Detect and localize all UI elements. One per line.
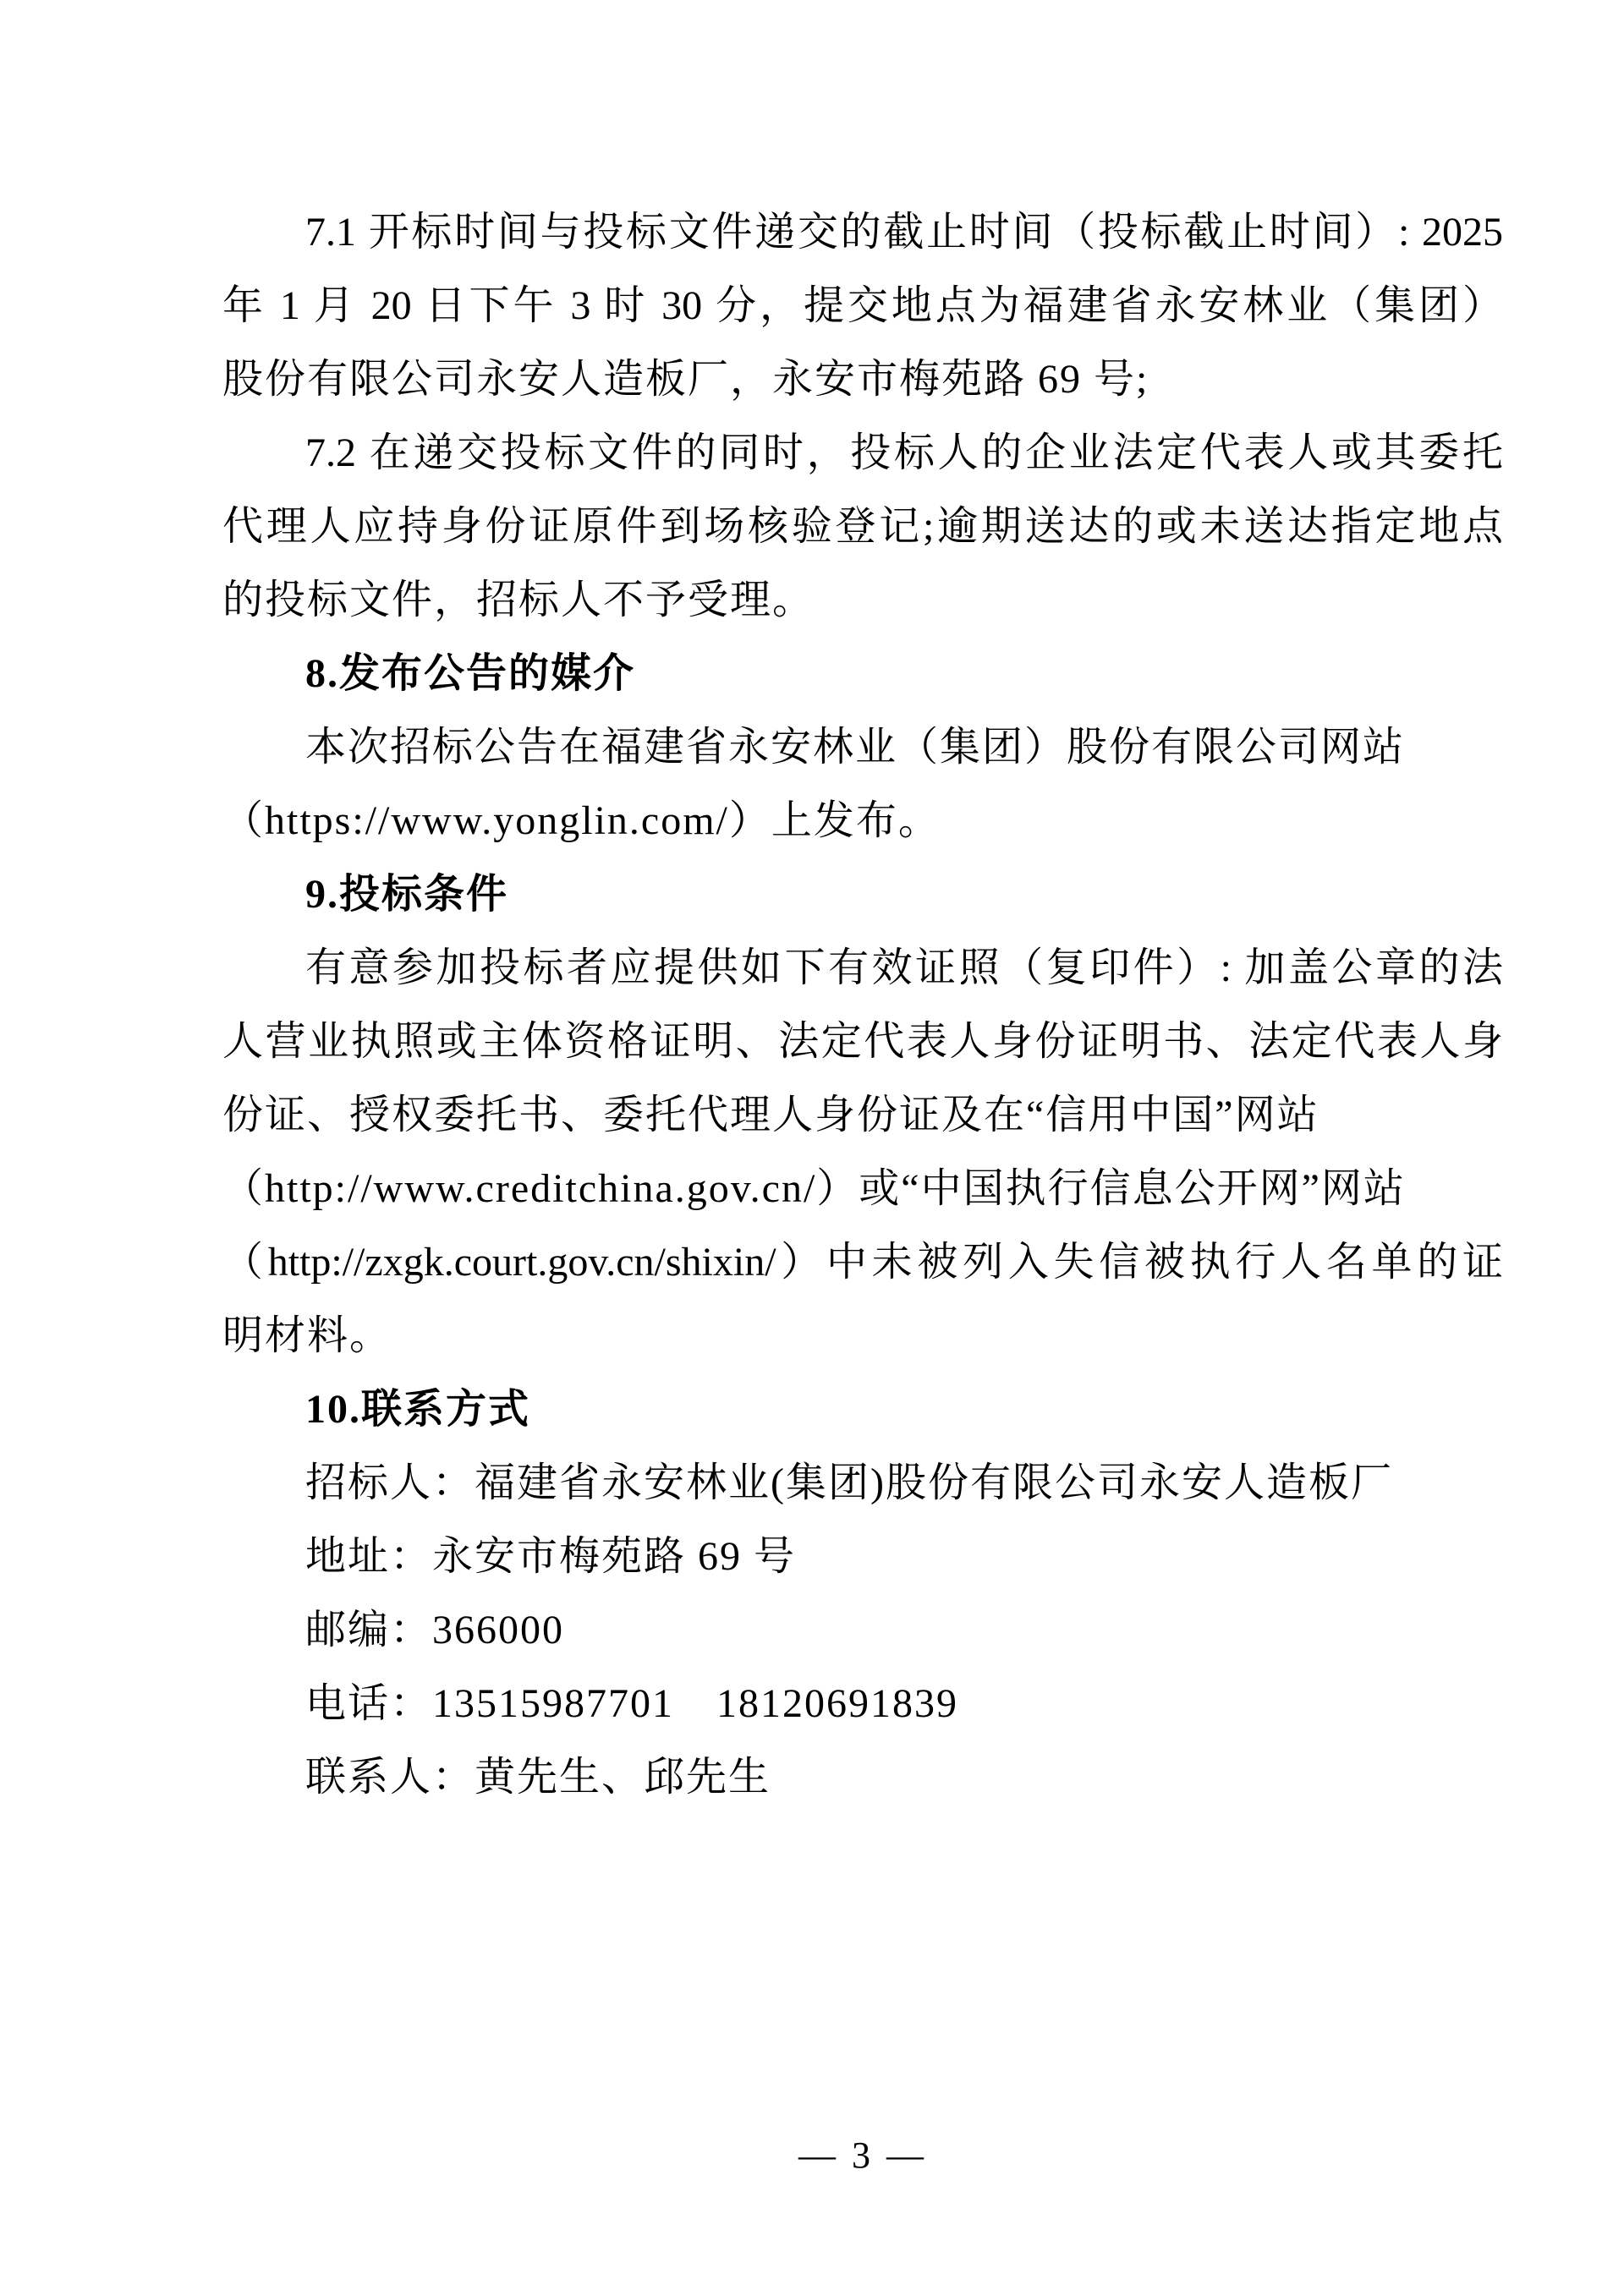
contact-address-line: 地址：永安市梅苑路 69 号: [222, 1520, 1503, 1593]
section-9-line-3: 份证、授权委托书、委托代理人身份证及在“信用中国”网站: [222, 1078, 1503, 1152]
section-10-heading: 10.联系方式: [222, 1373, 1503, 1446]
document-page: 7.1 开标时间与投标文件递交的截止时间（投标截止时间）: 2025 年 1 月…: [0, 0, 1624, 2296]
section-8-heading: 8.发布公告的媒介: [222, 637, 1503, 710]
section-9-line-2: 人营业执照或主体资格证明、法定代表人身份证明书、法定代表人身: [222, 1005, 1503, 1078]
clause-7-1-line-3: 股份有限公司永安人造板厂，永安市梅苑路 69 号;: [222, 342, 1503, 416]
clause-7-2-line-1: 7.2 在递交投标文件的同时，投标人的企业法定代表人或其委托: [222, 416, 1503, 490]
section-8-line-1: 本次招标公告在福建省永安林业（集团）股份有限公司网站: [222, 710, 1503, 784]
section-9-line-5-zxgk-url: （http://zxgk.court.gov.cn/shixin/）中未被列入失…: [222, 1225, 1503, 1299]
section-8-line-2-website-url: （https://www.yonglin.com/）上发布。: [222, 784, 1503, 858]
contact-postcode-line: 邮编：366000: [222, 1593, 1503, 1667]
clause-7-2-line-3: 的投标文件，招标人不予受理。: [222, 563, 1503, 637]
contact-tenderer-line: 招标人：福建省永安林业(集团)股份有限公司永安人造板厂: [222, 1446, 1503, 1520]
contact-phone-line: 电话：13515987701 18120691839: [222, 1667, 1503, 1740]
clause-7-1-line-2: 年 1 月 20 日下午 3 时 30 分，提交地点为福建省永安林业（集团）: [222, 269, 1503, 342]
section-9-line-1: 有意参加投标者应提供如下有效证照（复印件）: 加盖公章的法: [222, 931, 1503, 1005]
contact-person-line: 联系人：黄先生、邱先生: [222, 1740, 1503, 1814]
section-9-line-4-creditchina-url: （http://www.creditchina.gov.cn/）或“中国执行信息…: [222, 1152, 1503, 1225]
section-9-heading: 9.投标条件: [222, 858, 1503, 931]
clause-7-2-line-2: 代理人应持身份证原件到场核验登记;逾期送达的或未送达指定地点: [222, 490, 1503, 563]
page-number: — 3 —: [222, 2118, 1503, 2192]
page-body: 7.1 开标时间与投标文件递交的截止时间（投标截止时间）: 2025 年 1 月…: [222, 195, 1503, 1814]
section-9-line-6: 明材料。: [222, 1299, 1503, 1373]
clause-7-1-line-1: 7.1 开标时间与投标文件递交的截止时间（投标截止时间）: 2025: [222, 195, 1503, 269]
